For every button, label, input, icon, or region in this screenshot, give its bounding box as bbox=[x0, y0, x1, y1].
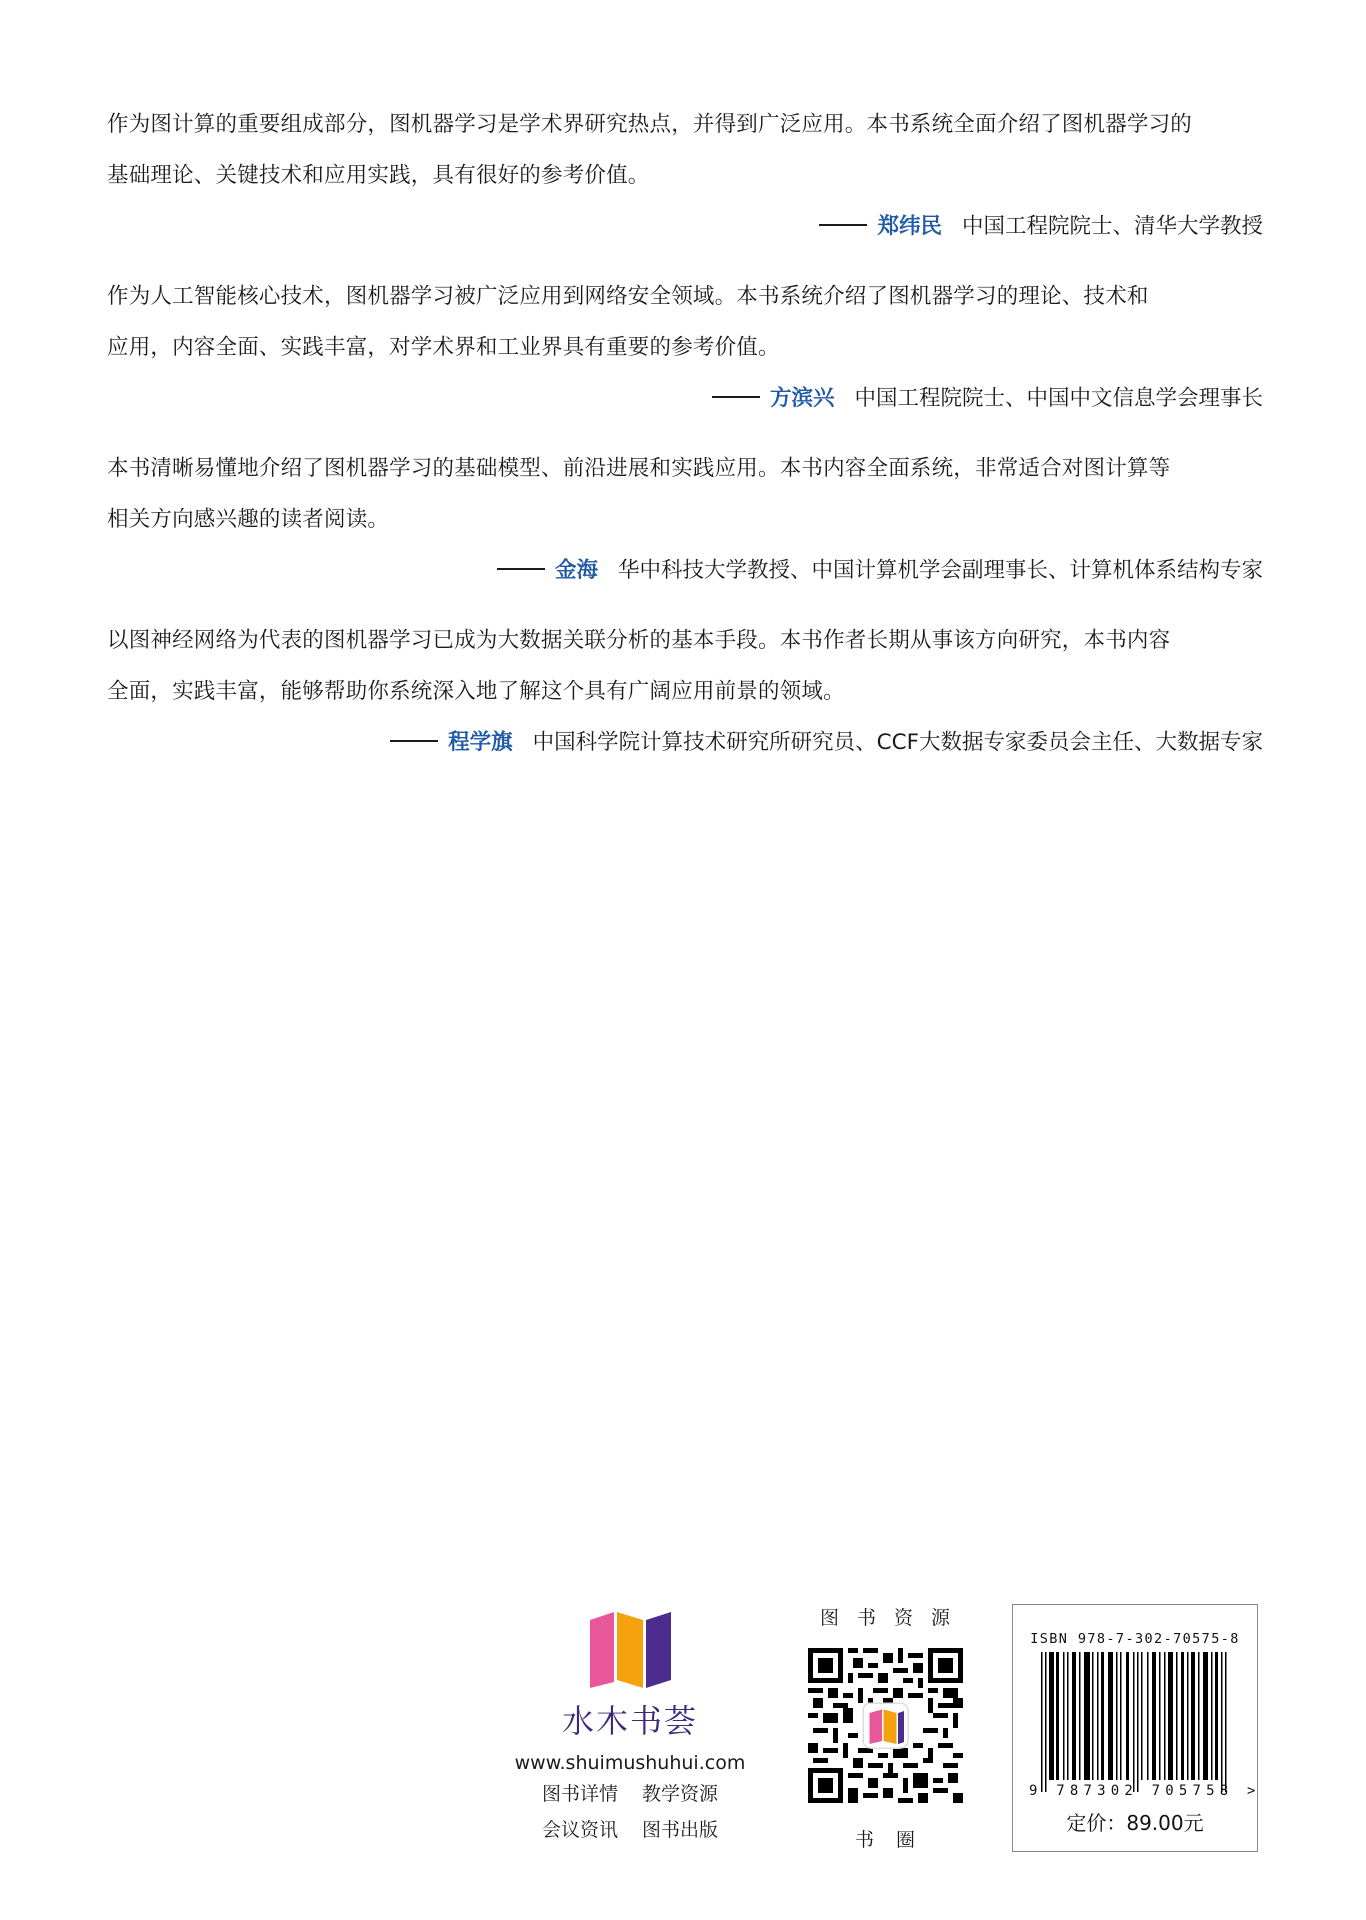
endorsement-4: 以图神经网络为代表的图机器学习已成为大数据关联分析的基本手段。本书作者长期从事该… bbox=[107, 615, 1263, 768]
em-dash-line bbox=[497, 568, 545, 570]
endorser-name: 方滨兴 bbox=[770, 386, 835, 411]
barcode-icon bbox=[1041, 1652, 1231, 1792]
link-conference-news: 会议资讯 bbox=[542, 1819, 618, 1841]
price-label: 定价：89.00元 bbox=[1013, 1807, 1257, 1836]
em-dash-line bbox=[819, 224, 867, 226]
attribution: 郑纬民中国工程院院士、清华大学教授 bbox=[107, 201, 1263, 252]
endorser-title: 中国工程院院士、中国中文信息学会理事长 bbox=[854, 386, 1263, 411]
text-line: 本书清晰易懂地介绍了图机器学习的基础模型、前沿进展和实践应用。本书内容全面系统，… bbox=[107, 456, 1170, 481]
text-line: 应用，内容全面、实践丰富，对学术界和工业界具有重要的参考价值。 bbox=[107, 335, 780, 360]
attribution: 方滨兴中国工程院院士、中国中文信息学会理事长 bbox=[107, 373, 1263, 424]
endorser-name: 程学旗 bbox=[448, 730, 513, 755]
text-line: 全面，实践丰富，能够帮助你系统深入地了解这个具有广阔应用前景的领域。 bbox=[107, 679, 845, 704]
publisher-name: 水木书荟 bbox=[500, 1696, 760, 1742]
endorsement-text: 作为人工智能核心技术，图机器学习被广泛应用到网络安全领域。本书系统介绍了图机器学… bbox=[107, 271, 1263, 373]
endorsement-1: 作为图计算的重要组成部分，图机器学习是学术界研究热点，并得到广泛应用。本书系统全… bbox=[107, 99, 1263, 252]
publisher-links: 图书详情教学资源 会议资讯图书出版 bbox=[500, 1776, 760, 1848]
endorsement-text: 作为图计算的重要组成部分，图机器学习是学术界研究热点，并得到广泛应用。本书系统全… bbox=[107, 99, 1263, 201]
endorser-title: 中国工程院院士、清华大学教授 bbox=[962, 214, 1263, 239]
text-line: 基础理论、关键技术和应用实践，具有很好的参考价值。 bbox=[107, 163, 650, 188]
publisher-url[interactable]: www.shuimushuhui.com bbox=[500, 1752, 760, 1774]
endorsement-3: 本书清晰易懂地介绍了图机器学习的基础模型、前沿进展和实践应用。本书内容全面系统，… bbox=[107, 443, 1263, 596]
endorsement-text: 本书清晰易懂地介绍了图机器学习的基础模型、前沿进展和实践应用。本书内容全面系统，… bbox=[107, 443, 1263, 545]
barcode-digits: 9 787302 705758 > bbox=[1029, 1783, 1261, 1799]
qr-block: 图书资源 bbox=[796, 1603, 974, 1852]
qr-code-icon[interactable] bbox=[808, 1648, 963, 1803]
endorsement-text: 以图神经网络为代表的图机器学习已成为大数据关联分析的基本手段。本书作者长期从事该… bbox=[107, 615, 1263, 717]
publisher-block: 水木书荟 www.shuimushuhui.com 图书详情教学资源 会议资讯图… bbox=[500, 1600, 760, 1848]
text-line: 以图神经网络为代表的图机器学习已成为大数据关联分析的基本手段。本书作者长期从事该… bbox=[107, 628, 1170, 653]
text-line: 作为人工智能核心技术，图机器学习被广泛应用到网络安全领域。本书系统介绍了图机器学… bbox=[107, 284, 1149, 309]
em-dash-line bbox=[712, 396, 760, 398]
isbn-label: ISBN 978-7-302-70575-8 bbox=[1013, 1631, 1257, 1647]
endorser-title: 中国科学院计算技术研究所研究员、CCF大数据专家委员会主任、大数据专家 bbox=[533, 730, 1263, 755]
endorser-name: 金海 bbox=[555, 558, 598, 583]
text-line: 作为图计算的重要组成部分，图机器学习是学术界研究热点，并得到广泛应用。本书系统全… bbox=[107, 112, 1192, 137]
qr-footer: 书圈 bbox=[796, 1825, 974, 1852]
attribution: 程学旗中国科学院计算技术研究所研究员、CCF大数据专家委员会主任、大数据专家 bbox=[107, 717, 1263, 768]
open-book-icon bbox=[585, 1608, 675, 1688]
text-line: 相关方向感兴趣的读者阅读。 bbox=[107, 507, 389, 532]
endorser-title: 华中科技大学教授、中国计算机学会副理事长、计算机体系结构专家 bbox=[618, 558, 1263, 583]
link-book-publishing: 图书出版 bbox=[642, 1819, 718, 1841]
qr-header: 图书资源 bbox=[796, 1603, 974, 1630]
endorser-name: 郑纬民 bbox=[877, 214, 942, 239]
isbn-barcode-box: ISBN 978-7-302-70575-8 9 787302 705758 >… bbox=[1012, 1604, 1258, 1852]
endorsement-2: 作为人工智能核心技术，图机器学习被广泛应用到网络安全领域。本书系统介绍了图机器学… bbox=[107, 271, 1263, 424]
em-dash-line bbox=[390, 740, 438, 742]
link-book-details: 图书详情 bbox=[542, 1783, 618, 1805]
attribution: 金海华中科技大学教授、中国计算机学会副理事长、计算机体系结构专家 bbox=[107, 545, 1263, 596]
link-teaching-resources: 教学资源 bbox=[642, 1783, 718, 1805]
